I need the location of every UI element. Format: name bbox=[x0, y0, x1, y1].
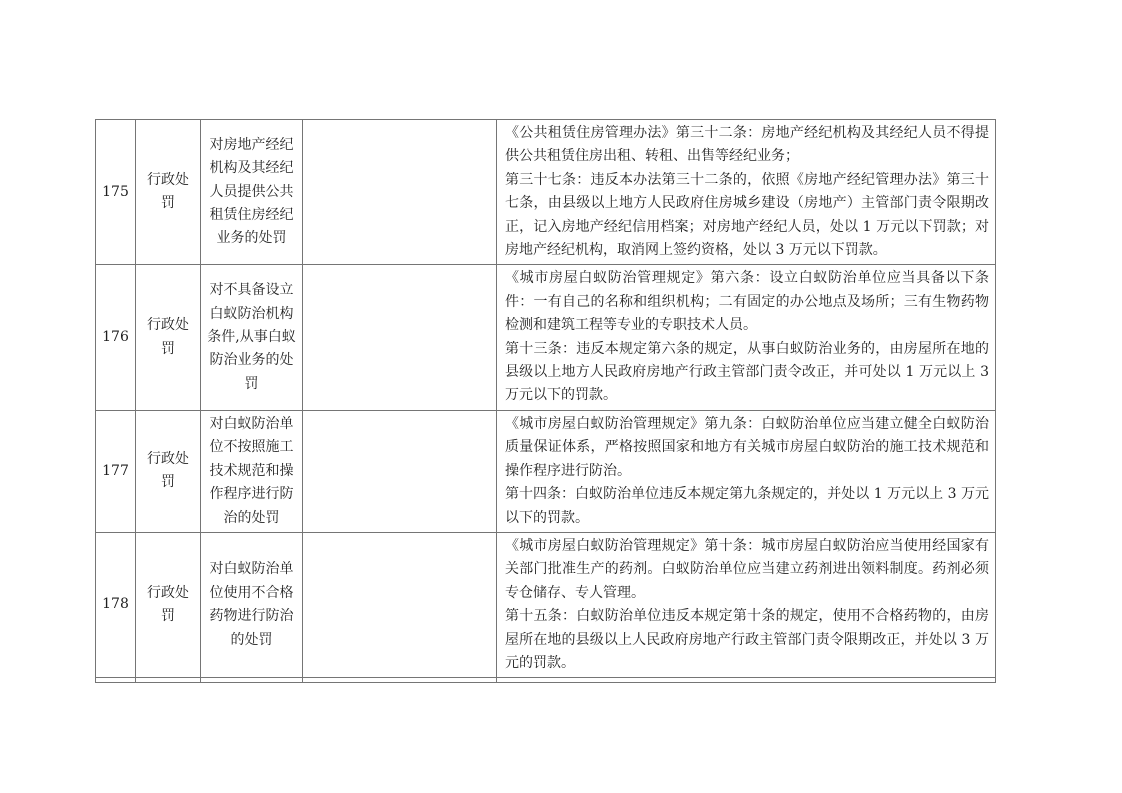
legal-basis-paragraph: 《公共租赁住房管理办法》第三十二条：房地产经纪机构及其经纪人员不得提供公共租赁住… bbox=[505, 122, 989, 169]
row-number: 176 bbox=[96, 265, 136, 410]
empty-cell bbox=[136, 678, 201, 683]
penalty-category: 行政处罚 bbox=[136, 120, 201, 265]
penalty-item: 对不具备设立白蚁防治机构条件,从事白蚁防治业务的处罚 bbox=[201, 265, 303, 410]
row-number: 175 bbox=[96, 120, 136, 265]
legal-basis-paragraph: 第十五条：白蚁防治单位违反本规定第十条的规定，使用不合格药物的，由房屋所在地的县… bbox=[505, 605, 989, 675]
penalty-item: 对房地产经纪机构及其经纪人员提供公共租赁住房经纪业务的处罚 bbox=[201, 120, 303, 265]
penalty-item: 对白蚁防治单位不按照施工技术规范和操作程序进行防治的处罚 bbox=[201, 410, 303, 532]
empty-cell bbox=[96, 678, 136, 683]
penalty-item: 对白蚁防治单位使用不合格药物进行防治的处罚 bbox=[201, 532, 303, 677]
legal-basis-cell: 《城市房屋白蚁防治管理规定》第十条：城市房屋白蚁防治应当使用经国家有关部门批准生… bbox=[497, 532, 996, 677]
row-number: 177 bbox=[96, 410, 136, 532]
legal-basis-paragraph: 《城市房屋白蚁防治管理规定》第六条：设立白蚁防治单位应当具备以下条件：一有自己的… bbox=[505, 267, 989, 337]
table-row: 177 行政处罚 对白蚁防治单位不按照施工技术规范和操作程序进行防治的处罚 《城… bbox=[96, 410, 996, 532]
legal-basis-cell: 《城市房屋白蚁防治管理规定》第六条：设立白蚁防治单位应当具备以下条件：一有自己的… bbox=[497, 265, 996, 410]
legal-basis-paragraph: 《城市房屋白蚁防治管理规定》第十条：城市房屋白蚁防治应当使用经国家有关部门批准生… bbox=[505, 535, 989, 605]
legal-basis-paragraph: 第十四条：白蚁防治单位违反本规定第九条规定的，并处以 1 万元以上 3 万元以下… bbox=[505, 483, 989, 530]
table-row: 175 行政处罚 对房地产经纪机构及其经纪人员提供公共租赁住房经纪业务的处罚 《… bbox=[96, 120, 996, 265]
table-continuation-sliver-row bbox=[96, 678, 996, 683]
empty-cell bbox=[303, 410, 497, 532]
document-page: 175 行政处罚 对房地产经纪机构及其经纪人员提供公共租赁住房经纪业务的处罚 《… bbox=[0, 0, 1122, 793]
empty-cell bbox=[303, 678, 497, 683]
legal-basis-cell: 《城市房屋白蚁防治管理规定》第九条：白蚁防治单位应当建立健全白蚁防治质量保证体系… bbox=[497, 410, 996, 532]
penalty-category: 行政处罚 bbox=[136, 532, 201, 677]
empty-cell bbox=[303, 120, 497, 265]
empty-cell bbox=[201, 678, 303, 683]
empty-cell bbox=[303, 532, 497, 677]
table-row: 176 行政处罚 对不具备设立白蚁防治机构条件,从事白蚁防治业务的处罚 《城市房… bbox=[96, 265, 996, 410]
legal-basis-paragraph: 第十三条：违反本规定第六条的规定，从事白蚁防治业务的，由房屋所在地的县级以上地方… bbox=[505, 338, 989, 408]
legal-basis-cell: 《公共租赁住房管理办法》第三十二条：房地产经纪机构及其经纪人员不得提供公共租赁住… bbox=[497, 120, 996, 265]
legal-basis-paragraph: 《城市房屋白蚁防治管理规定》第九条：白蚁防治单位应当建立健全白蚁防治质量保证体系… bbox=[505, 413, 989, 483]
row-number: 178 bbox=[96, 532, 136, 677]
penalty-category: 行政处罚 bbox=[136, 265, 201, 410]
penalty-table: 175 行政处罚 对房地产经纪机构及其经纪人员提供公共租赁住房经纪业务的处罚 《… bbox=[95, 119, 996, 683]
empty-cell bbox=[303, 265, 497, 410]
penalty-category: 行政处罚 bbox=[136, 410, 201, 532]
table-row: 178 行政处罚 对白蚁防治单位使用不合格药物进行防治的处罚 《城市房屋白蚁防治… bbox=[96, 532, 996, 677]
empty-cell bbox=[497, 678, 996, 683]
legal-basis-paragraph: 第三十七条：违反本办法第三十二条的，依照《房地产经纪管理办法》第三十七条，由县级… bbox=[505, 169, 989, 263]
